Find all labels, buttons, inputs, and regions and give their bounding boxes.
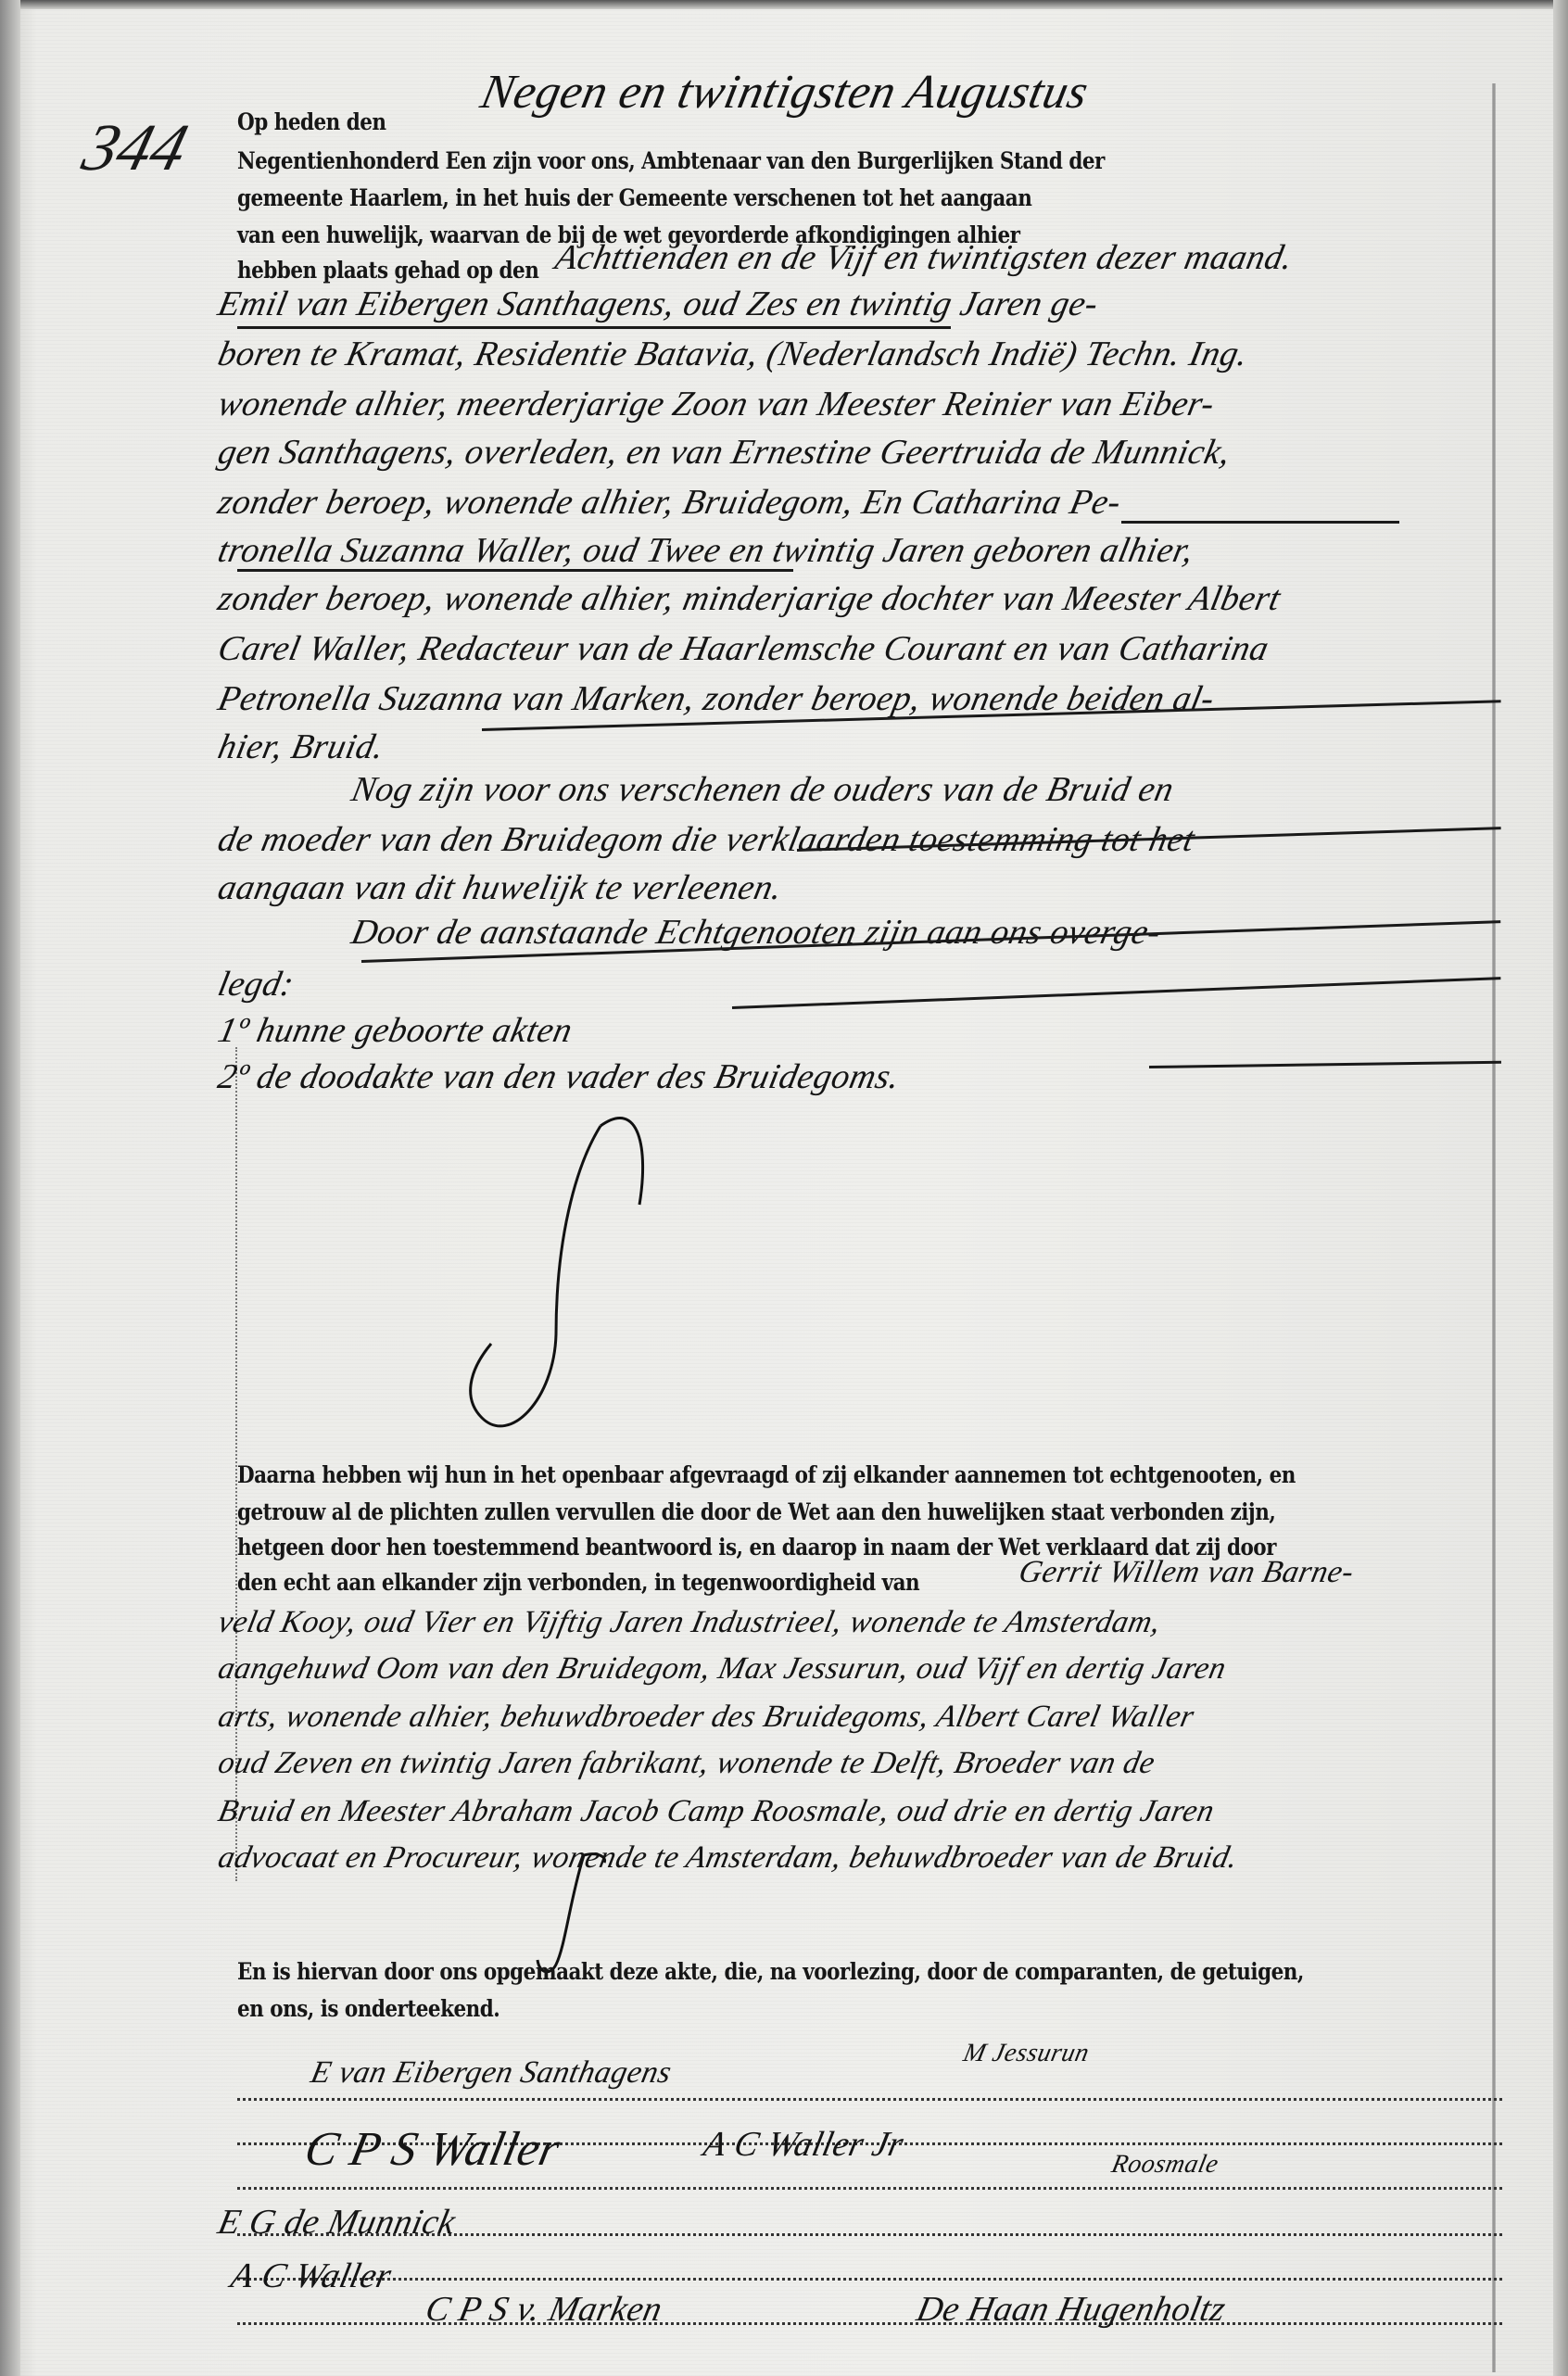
hand-line: Carel Waller, Redacteur van de Haarlemsc… bbox=[214, 628, 1272, 669]
signature: C P S Waller bbox=[300, 2122, 565, 2177]
scan-right-edge bbox=[1553, 0, 1568, 2376]
signature: De Haan Hugenholtz bbox=[913, 2289, 1229, 2330]
hand-line: wonende alhier, meerderjarige Zoon van M… bbox=[214, 384, 1218, 424]
hand-line: legd: bbox=[214, 964, 297, 1005]
hand-line: tronella Suzanna Waller, oud Twee en twi… bbox=[214, 530, 1197, 571]
entry-number: 344 bbox=[75, 109, 196, 186]
signature-line bbox=[237, 2187, 1502, 2190]
signature: E van Eibergen Santhagens bbox=[308, 2055, 675, 2091]
hand-line: advocaat en Procureur, wonende te Amster… bbox=[215, 1840, 1241, 1876]
printed-opening-1: Op heden den bbox=[237, 109, 386, 135]
scan-left-edge bbox=[0, 0, 20, 2376]
printed-closing-4: den echt aan elkander zijn verbonden, in… bbox=[237, 1570, 919, 1596]
signature: A C Waller bbox=[227, 2256, 395, 2296]
printed-opening-2: Negentienhonderd Een zijn voor ons, Ambt… bbox=[237, 148, 1105, 174]
hand-line: aangaan van dit huwelijk te verleenen. bbox=[214, 867, 786, 908]
signature: E G de Munnick bbox=[214, 2202, 459, 2243]
hand-line: oud Zeven en twintig Jaren fabrikant, wo… bbox=[215, 1746, 1158, 1781]
hand-line: arts, wonende alhier, behuwdbroeder des … bbox=[215, 1700, 1197, 1735]
signature: C P S v. Marken bbox=[422, 2289, 665, 2330]
document-page: 344 Op heden den Negen en twintigsten Au… bbox=[0, 0, 1568, 2376]
printed-closing-1: Daarna hebben wij hun in het openbaar af… bbox=[237, 1462, 1296, 1488]
underline-groom-name bbox=[237, 326, 951, 329]
hand-line: 1º hunne geboorte akten bbox=[214, 1010, 575, 1051]
hand-line: Emil van Eibergen Santhagens, oud Zes en… bbox=[214, 284, 1102, 324]
printed-opening-3: gemeente Haarlem, in het huis der Gemeen… bbox=[237, 185, 1031, 211]
printed-opening-5: hebben plaats gehad op den bbox=[237, 258, 538, 284]
filler-line bbox=[1149, 1061, 1501, 1068]
hand-date: Negen en twintigsten Augustus bbox=[476, 65, 1094, 120]
hand-line: hier, Bruid. bbox=[214, 727, 387, 767]
signature: A C Waller Jr bbox=[700, 2124, 907, 2165]
hand-line: aangehuwd Oom van den Bruidegom, Max Jes… bbox=[215, 1651, 1230, 1687]
printed-final-1: En is hiervan door ons opgemaakt deze ak… bbox=[237, 1959, 1304, 1985]
filler-s-stroke bbox=[445, 1093, 723, 1446]
signature: M Jessurun bbox=[961, 2039, 1093, 2068]
hand-line: veld Kooy, oud Vier en Vijftig Jaren Ind… bbox=[215, 1605, 1164, 1640]
scan-top-edge bbox=[0, 0, 1568, 9]
underline-bride-name-1 bbox=[1121, 521, 1399, 524]
signature-line bbox=[237, 2278, 1502, 2281]
page-binding-fold bbox=[1492, 83, 1496, 2372]
hand-witness-first: Gerrit Willem van Barne- bbox=[1016, 1555, 1358, 1590]
printed-closing-2: getrouw al de plichten zullen vervullen … bbox=[237, 1499, 1275, 1525]
signature-line bbox=[237, 2098, 1502, 2101]
hand-line: boren te Kramat, Residentie Batavia, (Ne… bbox=[214, 334, 1252, 374]
hand-line: 2º de doodakte van den vader des Bruideg… bbox=[214, 1056, 904, 1097]
hand-line: zonder beroep, wonende alhier, Bruidegom… bbox=[214, 482, 1125, 523]
hand-proclamation-dates: Achttienden en de Vijf en twintigsten de… bbox=[551, 237, 1296, 278]
hand-line: Nog zijn voor ons verschenen de ouders v… bbox=[348, 769, 1177, 810]
filler-line bbox=[732, 977, 1501, 1009]
signature: Roosmale bbox=[1109, 2150, 1221, 2180]
hand-line: zonder beroep, wonende alhier, minderjar… bbox=[214, 578, 1284, 619]
underline-bride-name-2 bbox=[237, 569, 793, 572]
hand-line: Bruid en Meester Abraham Jacob Camp Roos… bbox=[215, 1794, 1218, 1829]
printed-final-2: en ons, is onderteekend. bbox=[237, 1996, 499, 2022]
hand-line: gen Santhagens, overleden, en van Ernest… bbox=[214, 432, 1234, 473]
hand-line: de moeder van den Bruidegom die verklaar… bbox=[214, 819, 1198, 860]
